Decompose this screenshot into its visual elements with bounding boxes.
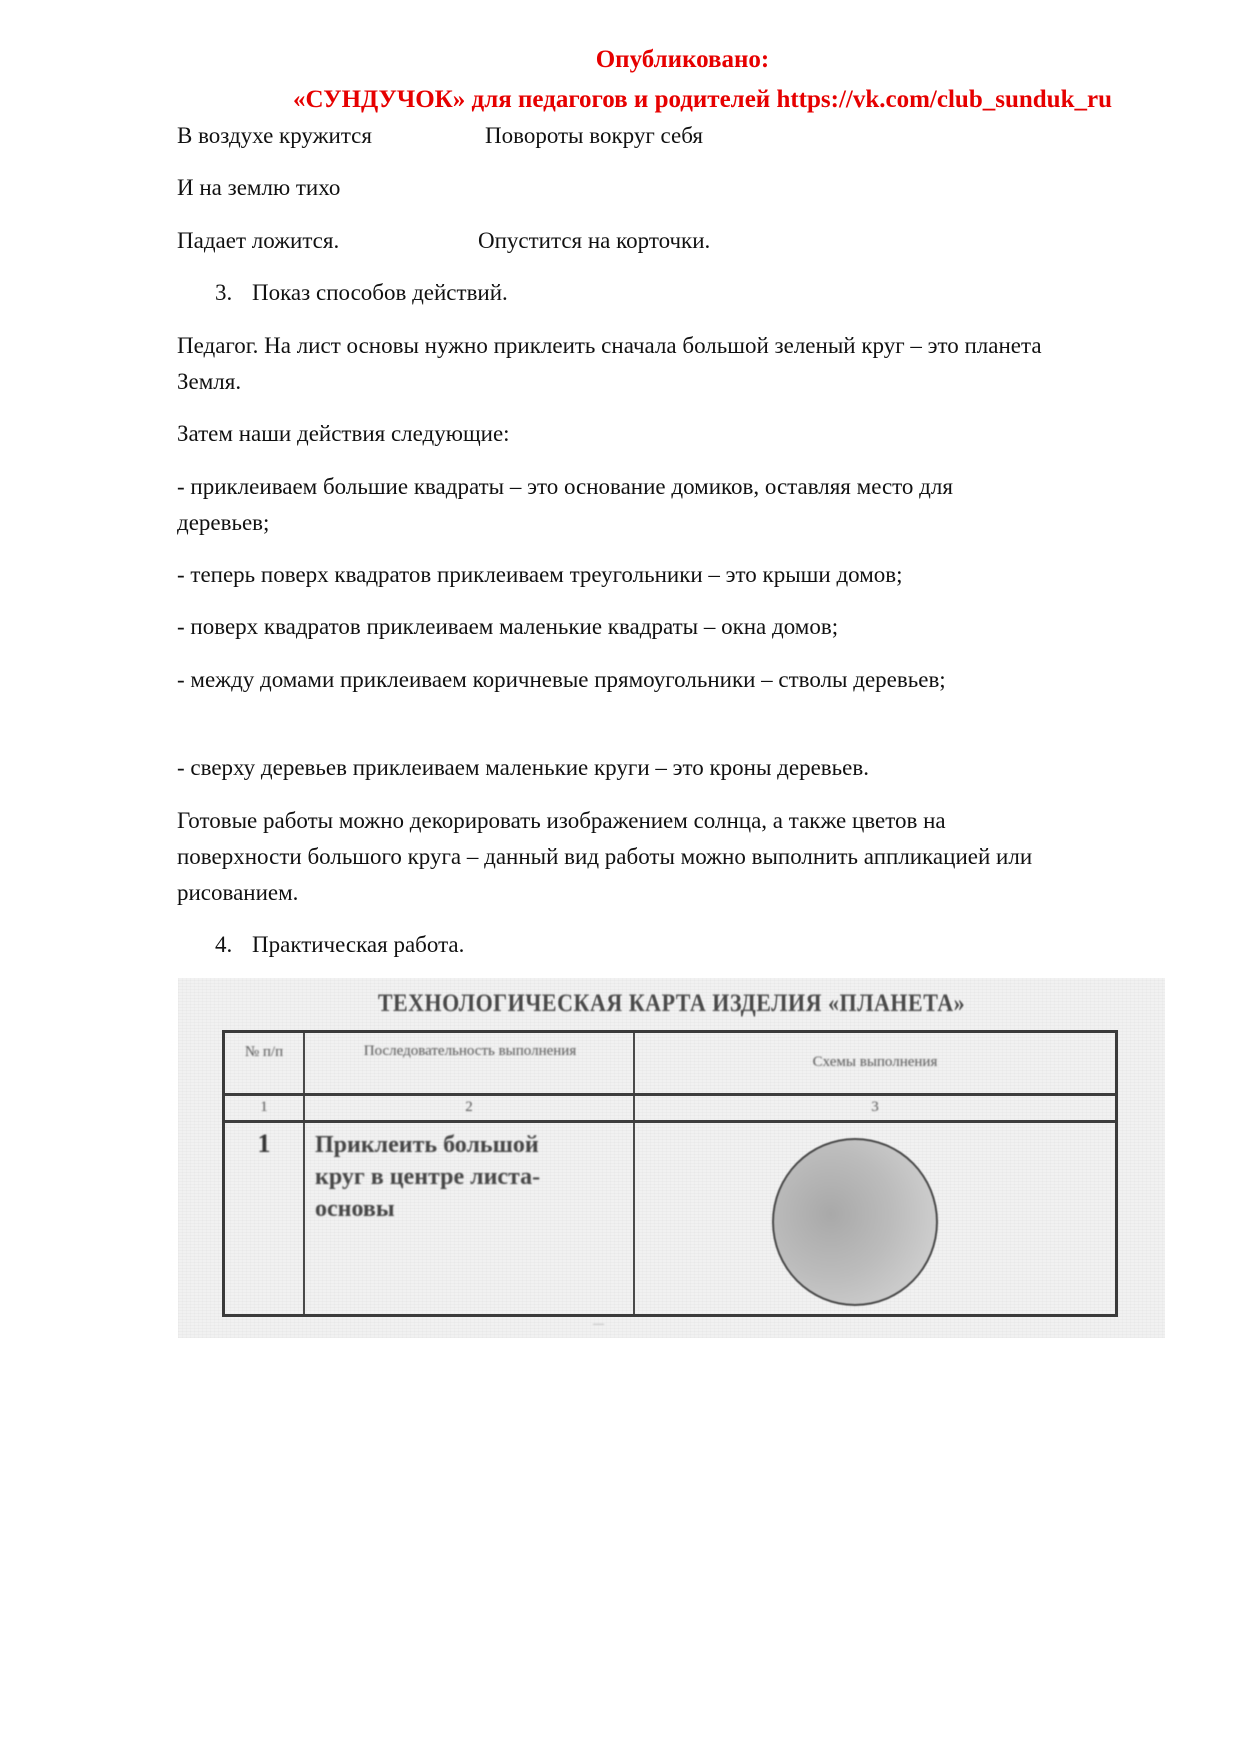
step-item-2: - теперь поверх квадратов приклеиваем тр… [177, 557, 903, 593]
table-row-step: Приклеить большой круг в центре листа-ос… [315, 1129, 575, 1225]
document-page: Опубликовано: «СУНДУЧОК» для педагогов и… [0, 0, 1240, 1754]
step-item-5: - сверху деревьев приклеиваем маленькие … [177, 750, 869, 786]
tech-map-title: ТЕХНОЛОГИЧЕСКАЯ КАРТА ИЗДЕЛИЯ «ПЛАНЕТА» [178, 988, 1165, 1018]
step-item-3: - поверх квадратов приклеиваем маленькие… [177, 609, 838, 645]
table-index-1: 1 [225, 1096, 303, 1118]
paragraph-steps-intro: Затем наши действия следующие: [177, 416, 510, 452]
poem-action-3: Опустится на корточки. [478, 223, 710, 259]
poem-line-2: И на землю тихо [177, 170, 340, 206]
table-index-divider [225, 1120, 1115, 1123]
table-index-3: 3 [635, 1096, 1115, 1118]
section-3-heading: 3.Показ способов действий. [215, 275, 508, 311]
publication-header: Опубликовано: «СУНДУЧОК» для педагогов и… [0, 40, 1240, 120]
table-index-2: 2 [305, 1096, 633, 1118]
table-header-scheme: Схемы выполнения [635, 1049, 1115, 1075]
step-item-1: - приклеиваем большие квадраты – это осн… [177, 469, 1027, 541]
section-4-number: 4. [215, 927, 252, 963]
table-row-number: 1 [225, 1129, 303, 1159]
table-header-sequence: Последовательность выполнения [355, 1038, 585, 1064]
paragraph-teacher: Педагог. На лист основы нужно приклеить … [177, 328, 1047, 400]
tech-map-table: № п/п Последовательность выполнения Схем… [222, 1030, 1118, 1317]
section-3-title: Показ способов действий. [252, 280, 508, 305]
paragraph-decoration: Готовые работы можно декорировать изобра… [177, 803, 1047, 911]
published-label: Опубликовано: [0, 40, 1240, 80]
table-column-divider [633, 1033, 635, 1314]
section-3-number: 3. [215, 275, 252, 311]
section-4-title: Практическая работа. [252, 932, 464, 957]
tech-map-scan-image: ТЕХНОЛОГИЧЕСКАЯ КАРТА ИЗДЕЛИЯ «ПЛАНЕТА» … [178, 978, 1165, 1338]
step-item-4: - между домами приклеиваем коричневые пр… [177, 662, 967, 698]
table-column-divider [303, 1033, 305, 1314]
planet-circle-scheme [772, 1138, 938, 1306]
poem-line-1: В воздухе кружится [177, 118, 372, 154]
section-4-heading: 4.Практическая работа. [215, 927, 464, 963]
scan-page-number: — [593, 1318, 604, 1330]
table-header-number: № п/п [225, 1039, 303, 1065]
poem-line-3: Падает ложится. [177, 223, 339, 259]
poem-action-1: Повороты вокруг себя [485, 118, 703, 154]
publisher-link-line: «СУНДУЧОК» для педагогов и родителей htt… [0, 80, 1240, 120]
